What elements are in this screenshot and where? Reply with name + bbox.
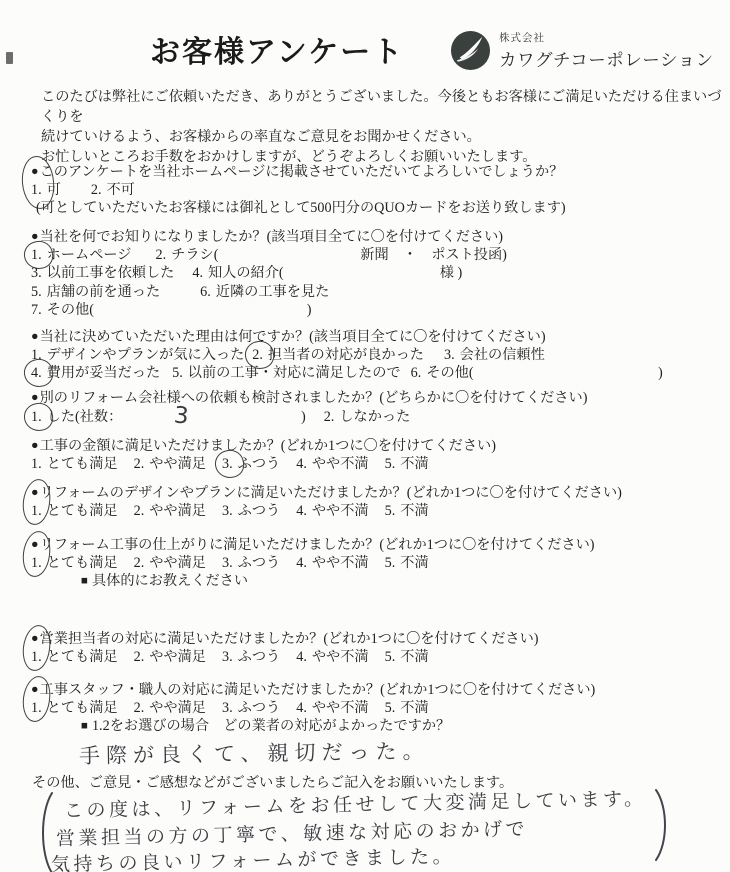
question-title: このアンケートを当社ホームページに掲載させていただいてよろしいでしょうか？	[40, 164, 564, 180]
options-line: 1.デザインやプランが気に入った2.担当者の対応が良かった3.会社の信頼性	[31, 346, 707, 364]
options-line: 1.とても満足2.やや満足3.ふつう4.やや不満5.不満	[31, 455, 707, 473]
options-line: 7.その他( )	[31, 301, 707, 319]
scan-artifact	[6, 52, 13, 64]
option: 3.ふつう	[222, 456, 280, 472]
option: 2.チラシ( 新聞 ・ ポスト投函)	[155, 247, 506, 263]
option: 4.知人の紹介( 様 )	[192, 265, 462, 281]
option-label: 不可	[106, 182, 134, 198]
option: 5.不満	[385, 456, 429, 472]
option: 4.やや不満	[296, 555, 368, 571]
option-number: 3.	[222, 502, 233, 520]
option-number-circled: 1.	[31, 181, 42, 199]
question-title: 当社を何でお知りになりましたか？(該当項目全てに〇を付けてください)	[40, 229, 503, 245]
options-line: 5.店舗の前を通った6.近隣の工事を見た	[31, 283, 707, 301]
option-label: 近隣の工事を見た	[216, 284, 330, 300]
option: 4.やや不満	[296, 503, 368, 519]
option: 1.した(社数：	[31, 409, 122, 425]
option-number: 4.	[296, 455, 307, 473]
options-line: 1.ホームページ2.チラシ( 新聞 ・ ポスト投函)	[31, 246, 707, 264]
option: 1.ホームページ	[31, 247, 131, 263]
option-label: やや満足	[149, 456, 206, 472]
options-line: 1.した(社数：3)2.しなかった	[31, 407, 707, 426]
question-9: ●工事スタッフ・職人の対応に満足いただけましたか？(どれか1つに〇を付けてくださ…	[31, 681, 707, 765]
option: 2.やや満足	[134, 503, 206, 519]
options-line: 1.可2.不可	[31, 181, 707, 199]
options-line: 3.以前工事を依頼した4.知人の紹介( 様 )	[31, 264, 707, 282]
handwritten-answer: 手際が良くて、親切だった。	[79, 738, 707, 765]
option: 3.ふつう	[222, 503, 280, 519]
option: 4.費用が妥当だった	[31, 365, 160, 381]
option-number-circled: 1.	[31, 502, 42, 520]
question-title: 工事スタッフ・職人の対応に満足いただけましたか？(どれか1つに〇を付けてください…	[40, 682, 596, 698]
option-label: 不満	[400, 649, 428, 665]
option-label: その他( )	[47, 302, 312, 318]
option-number: 4.	[296, 699, 307, 717]
option-number-circled: 4.	[31, 364, 42, 382]
option-number-circled: 1.	[31, 699, 42, 717]
option-number: 6.	[411, 364, 422, 382]
option-label: やや不満	[312, 649, 369, 665]
question-6: ●リフォームのデザインやプランに満足いただけましたか？(どれか1つに〇を付けてく…	[31, 484, 707, 520]
question-5: ●工事の金額に満足いただけましたか？(どれか1つに〇を付けてください)1.とても…	[31, 437, 707, 473]
options-line: 1.とても満足2.やや満足3.ふつう4.やや不満5.不満	[31, 502, 707, 520]
option: 3.以前工事を依頼した	[31, 265, 174, 281]
question-title: 当社に決めていただいた理由は何ですか？(該当項目全てに〇を付けてください)	[40, 329, 546, 345]
sub-question-line: ■具体的にお教えください	[81, 572, 707, 591]
question-note: (可としていただいたお客様には御礼として500円分のQUOカードをお送り致します…	[36, 199, 707, 217]
company-name-block: 株式会社 カワグチコーポレーション	[499, 30, 714, 72]
question-title: 工事の金額に満足いただけましたか？(どれか1つに〇を付けてください)	[40, 438, 496, 454]
option-label: とても満足	[47, 649, 118, 665]
option-number: 4.	[296, 554, 307, 572]
option-number: 2.	[134, 502, 145, 520]
square-bullet-icon: ■	[81, 575, 88, 587]
company-name: カワグチコーポレーション	[499, 47, 714, 72]
sub-question-line: ■1.2をお選びの場合 どの業者の対応がよかったですか？	[81, 717, 707, 736]
option-label: 不満	[400, 555, 428, 571]
option-label: とても満足	[47, 503, 118, 519]
option-number: 3.	[222, 648, 233, 666]
option-label: やや不満	[312, 503, 369, 519]
question-title-line: ●工事の金額に満足いただけましたか？(どれか1つに〇を付けてください)	[31, 437, 707, 455]
option: 4.やや不満	[296, 700, 368, 716]
option-label: デザインやプランが気に入った	[47, 347, 245, 363]
option: 1.とても満足	[31, 700, 118, 716]
option-label: その他( )	[426, 365, 662, 381]
option-label: ふつう	[238, 456, 281, 472]
question-4: ●別のリフォーム会社様への依頼も検討されましたか？(どちらかに〇を付けてください…	[31, 389, 707, 426]
option-label: 不満	[400, 456, 428, 472]
bullet-icon: ●	[31, 537, 39, 551]
option-number: 5.	[385, 554, 396, 572]
option-number-circled: 1.	[31, 408, 42, 426]
option: 3.会社の信頼性	[444, 347, 545, 363]
intro-text: このたびは弊社にご依頼いただき、ありがとうございました。今後ともお客様にご満足い…	[41, 87, 730, 167]
option-number: 1.	[31, 346, 42, 364]
options-line: 1.とても満足2.やや満足3.ふつう4.やや不満5.不満	[31, 648, 707, 666]
option-number: 4.	[192, 264, 203, 282]
option-number-circled: 1.	[31, 648, 42, 666]
sail-swoosh-logo-icon	[450, 30, 491, 71]
option: 3.ふつう	[222, 700, 280, 716]
option-label: やや満足	[149, 503, 206, 519]
options-line: 4.費用が妥当だった5.以前の工事・対応に満足したので6.その他( )	[31, 364, 707, 382]
option-number: 2.	[134, 699, 145, 717]
question-title: リフォーム工事の仕上がりに満足いただけましたか？(どれか1つに〇を付けてください…	[40, 537, 595, 553]
option: 4.やや不満	[296, 649, 368, 665]
option-number: 2.	[134, 455, 145, 473]
option-number: 5.	[385, 648, 396, 666]
option: 3.ふつう	[222, 555, 280, 571]
question-title: リフォームのデザインやプランに満足いただけましたか？(どれか1つに〇を付けてくだ…	[40, 485, 622, 501]
bullet-icon: ●	[31, 485, 39, 499]
sub-question: 1.2をお選びの場合 どの業者の対応がよかったですか？	[92, 718, 450, 734]
option-label: やや不満	[312, 456, 369, 472]
option-number: 7.	[31, 301, 42, 319]
option-number: 5.	[172, 364, 183, 382]
option: 1.とても満足	[31, 456, 118, 472]
option-number-circled: 2.	[252, 346, 263, 364]
option-number: 5.	[385, 455, 396, 473]
option: 5.店舗の前を通った	[31, 284, 160, 300]
option-label: ふつう	[238, 700, 281, 716]
option-label: やや満足	[149, 555, 206, 571]
option-number: 2.	[155, 246, 166, 264]
page-title: お客様アンケート	[150, 27, 404, 71]
option-number: 3.	[222, 699, 233, 717]
option-label: とても満足	[47, 456, 118, 472]
option-label: 店舗の前を通った	[47, 284, 161, 300]
option-label: 担当者の対応が良かった	[268, 347, 424, 363]
option-label: した(社数：	[47, 409, 123, 425]
bullet-icon: ●	[31, 631, 39, 645]
option-number-circled: 3.	[222, 455, 233, 473]
option: 6.近隣の工事を見た	[200, 284, 329, 300]
scanned-survey-page: お客様アンケート 株式会社 カワグチコーポレーション このたびは弊社にご依頼いた…	[0, 0, 730, 872]
sub-question: 具体的にお教えください	[92, 573, 248, 589]
option-number: 4.	[296, 502, 307, 520]
square-bullet-icon: ■	[81, 720, 88, 732]
option-label: 費用が妥当だった	[47, 365, 161, 381]
option: 5.不満	[385, 649, 429, 665]
question-2: ●当社を何でお知りになりましたか？(該当項目全てに〇を付けてください)1.ホーム…	[31, 228, 707, 319]
question-title: 営業担当者の対応に満足いただけましたか？(どれか1つに〇を付けてください)	[40, 631, 539, 647]
handwritten-value: 3	[174, 409, 190, 424]
option-number: 3.	[31, 264, 42, 282]
option-label: )	[301, 409, 306, 425]
option-number: 6.	[200, 283, 211, 301]
option-fragment: )	[301, 409, 306, 425]
question-1: ●このアンケートを当社ホームページに掲載させていただいてよろしいでしょうか？1.…	[31, 163, 707, 218]
option-label: ふつう	[238, 555, 281, 571]
option: 4.やや不満	[296, 456, 368, 472]
option-label: やや不満	[312, 700, 369, 716]
question-title-line: ●当社を何でお知りになりましたか？(該当項目全てに〇を付けてください)	[31, 228, 707, 246]
option-label: やや不満	[312, 555, 369, 571]
right-bracket-stroke	[652, 787, 672, 863]
options-line: 1.とても満足2.やや満足3.ふつう4.やや不満5.不満	[31, 554, 707, 572]
question-title-line: ●リフォームのデザインやプランに満足いただけましたか？(どれか1つに〇を付けてく…	[31, 484, 707, 502]
option: 2.やや満足	[134, 700, 206, 716]
option: 7.その他( )	[31, 302, 311, 318]
option-number: 5.	[385, 699, 396, 717]
question-title-line: ●当社に決めていただいた理由は何ですか？(該当項目全てに〇を付けてください)	[31, 328, 707, 346]
option-label: 不満	[400, 503, 428, 519]
company-prefix: 株式会社	[499, 30, 714, 45]
options-line: 1.とても満足2.やや満足3.ふつう4.やや不満5.不満	[31, 699, 707, 717]
option-number-circled: 1.	[31, 246, 42, 264]
question-title-line: ●リフォーム工事の仕上がりに満足いただけましたか？(どれか1つに〇を付けてくださ…	[31, 536, 707, 554]
option-label: 不満	[400, 700, 428, 716]
question-title-line: ●営業担当者の対応に満足いただけましたか？(どれか1つに〇を付けてください)	[31, 630, 707, 648]
option: 2.やや満足	[134, 555, 206, 571]
option-label: ふつう	[238, 649, 281, 665]
question-8: ●営業担当者の対応に満足いただけましたか？(どれか1つに〇を付けてください)1.…	[31, 630, 707, 666]
option-fragment: 3	[174, 409, 189, 425]
bullet-icon: ●	[31, 390, 39, 404]
option: 1.とても満足	[31, 503, 118, 519]
option: 1.可	[31, 182, 61, 198]
option: 1.とても満足	[31, 555, 118, 571]
option-number: 2.	[91, 181, 102, 199]
option: 3.ふつう	[222, 649, 280, 665]
option-label: やや満足	[149, 649, 206, 665]
option-number: 2.	[134, 648, 145, 666]
option: 2.やや満足	[134, 649, 206, 665]
bullet-icon: ●	[31, 329, 39, 343]
handwritten-comment-block: この度は、リフォームをお任せして大変満足しています。 営業担当の方の丁寧で、敏速…	[36, 790, 680, 872]
intro-line-1: このたびは弊社にご依頼いただき、ありがとうございました。今後ともお客様にご満足い…	[41, 87, 730, 127]
option: 5.不満	[385, 700, 429, 716]
option: 1.デザインやプランが気に入った	[31, 347, 244, 363]
option-number: 4.	[296, 648, 307, 666]
option: 1.とても満足	[31, 649, 118, 665]
bullet-icon: ●	[31, 438, 39, 452]
option-label: 会社の信頼性	[460, 347, 545, 363]
option-number-circled: 1.	[31, 554, 42, 572]
option-label: 以前の工事・対応に満足したので	[188, 365, 401, 381]
option-number: 5.	[31, 283, 42, 301]
option-number: 2.	[134, 554, 145, 572]
bullet-icon: ●	[31, 164, 39, 178]
option: 6.その他( )	[411, 365, 663, 381]
option-label: しなかった	[339, 409, 410, 425]
option: 2.しなかった	[324, 409, 411, 425]
question-7: ●リフォーム工事の仕上がりに満足いただけましたか？(どれか1つに〇を付けてくださ…	[31, 536, 707, 592]
company-logo: 株式会社 カワグチコーポレーション	[450, 30, 714, 72]
option: 5.不満	[385, 555, 429, 571]
option-label: 可	[47, 182, 61, 198]
option: 2.不可	[91, 182, 135, 198]
bullet-icon: ●	[31, 682, 39, 696]
question-title-line: ●このアンケートを当社ホームページに掲載させていただいてよろしいでしょうか？	[31, 163, 707, 181]
question-3: ●当社に決めていただいた理由は何ですか？(該当項目全てに〇を付けてください)1.…	[31, 328, 707, 383]
option-number: 5.	[385, 502, 396, 520]
option: 2.担当者の対応が良かった	[252, 347, 424, 363]
option-number: 3.	[222, 554, 233, 572]
option-label: ホームページ	[47, 247, 132, 263]
option-number: 3.	[444, 346, 455, 364]
option-label: ふつう	[238, 503, 281, 519]
option-label: 以前工事を依頼した	[47, 265, 175, 281]
bullet-icon: ●	[31, 229, 39, 243]
intro-line-2: 続けていけるよう、お客様からの率直なご意見をお聞かせください。	[41, 127, 730, 147]
option-label: チラシ( 新聞 ・ ポスト投函)	[171, 247, 507, 263]
question-title-line: ●工事スタッフ・職人の対応に満足いただけましたか？(どれか1つに〇を付けてくださ…	[31, 681, 707, 699]
option-label: やや満足	[149, 700, 206, 716]
option: 2.やや満足	[134, 456, 206, 472]
option-number: 1.	[31, 455, 42, 473]
question-title: 別のリフォーム会社様への依頼も検討されましたか？(どちらかに〇を付けてください)	[40, 390, 588, 406]
option-label: とても満足	[47, 700, 118, 716]
question-title-line: ●別のリフォーム会社様への依頼も検討されましたか？(どちらかに〇を付けてください…	[31, 389, 707, 407]
option-label: とても満足	[47, 555, 118, 571]
option-number: 2.	[324, 408, 335, 426]
option: 5.不満	[385, 503, 429, 519]
option: 5.以前の工事・対応に満足したので	[172, 365, 400, 381]
option-label: 知人の紹介( 様 )	[208, 265, 462, 281]
